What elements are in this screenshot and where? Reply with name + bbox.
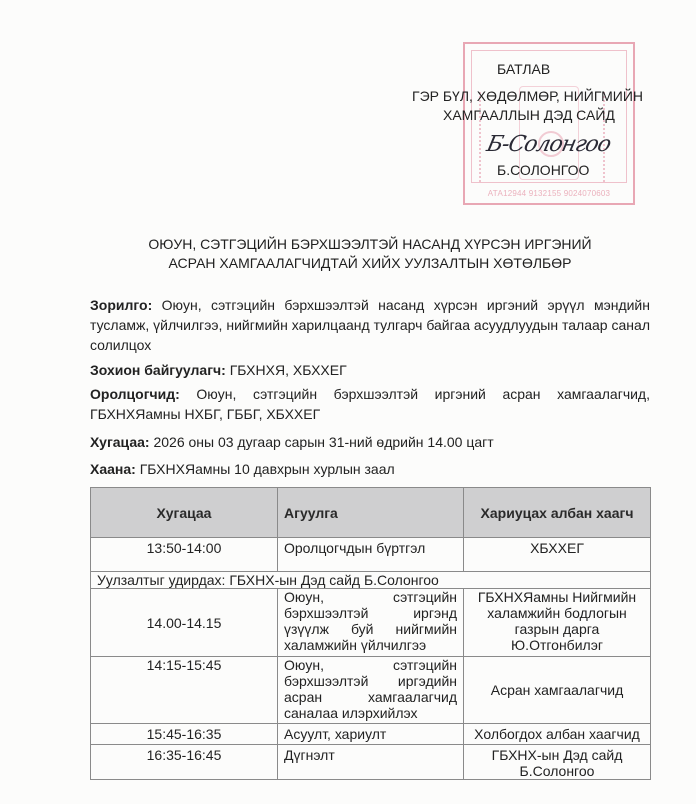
stamp-number: АТА12944 9132155 9024070603 [465,189,633,198]
header-content: Агуулга [278,488,464,538]
goal-value: Оюун, сэтгэцийн бэрхшээлтэй насанд хүрсэ… [90,297,650,353]
table-row-span: Уулзалтыг удирдах: ГБХНХ-ын Дэд сайд Б.С… [91,572,651,589]
table-header-row: Хугацаа Агуулга Хариуцах албан хаагч [91,488,651,538]
table-row: 14.00-14.15 Оюун, сэтгэцийн бэрхшээлтэй … [91,589,651,657]
row-content: Оюун, сэтгэцийн бэрхшээлтэй иргэдийн аср… [278,657,464,724]
header-responsible: Хариуцах албан хаагч [464,488,651,538]
table-row: 13:50-14:00 Оролцогчдын бүртгэл ХБХХЕГ [91,538,651,572]
time-label: Хугацаа: [90,434,150,450]
place-value: ГБХНХЯамны 10 давхрын хурлын заал [136,461,395,477]
document-title-line1: ОЮУН, СЭТГЭЦИЙН БЭРХШЭЭЛТЭЙ НАСАНД ХҮРСЭ… [90,235,650,254]
row-time: 16:35-16:45 [91,745,278,780]
row-content: Оролцогчдын бүртгэл [278,538,464,572]
approval-org-line1: ГЭР БҮЛ, ХӨДӨЛМӨР, НИЙГМИЙН [412,88,643,104]
row-time: 15:45-16:35 [91,724,278,745]
participants-field: Оролцогчид: Оюун, сэтгэцийн бэрхшээлтэй … [90,384,650,424]
row-content: Асуулт, хариулт [278,724,464,745]
signature: Б-Солонгоо [484,132,612,157]
row-time: 14.00-14.15 [91,589,278,657]
table-row: 16:35-16:45 Дүгнэлт ГБХНХ-ын Дэд сайд Б.… [91,745,651,780]
time-field: Хугацаа: 2026 оны 03 дугаар сарын 31-ний… [90,432,650,452]
organizer-value: ГБХНХЯ, ХБХХЕГ [226,362,347,378]
participants-label: Оролцогчид: [90,386,180,402]
goal-field: Зорилго: Оюун, сэтгэцийн бэрхшээлтэй нас… [90,295,650,355]
row-time: 13:50-14:00 [91,538,278,572]
document-title: ОЮУН, СЭТГЭЦИЙН БЭРХШЭЭЛТЭЙ НАСАНД ХҮРСЭ… [90,235,650,273]
schedule-table: Хугацаа Агуулга Хариуцах албан хаагч 13:… [90,487,651,780]
row-content: Дүгнэлт [278,745,464,780]
row-responsible: ГБХНХ-ын Дэд сайд Б.Солонгоо [464,745,651,780]
goal-label: Зорилго: [90,297,152,313]
document-title-line2: АСРАН ХАМГААЛАГЧИДТАЙ ХИЙХ УУЛЗАЛТЫН ХӨТ… [90,254,650,273]
approver-name: Б.СОЛОНГОО [497,162,589,178]
row-content: Оюун, сэтгэцийн бэрхшээлтэй иргэнд үзүүл… [278,589,464,657]
place-label: Хаана: [90,461,136,477]
row-responsible: ГБХНХЯамны Нийгмийн халамжийн бодлогын г… [464,589,651,657]
table-row: 14:15-15:45 Оюун, сэтгэцийн бэрхшээлтэй … [91,657,651,724]
row-responsible: ХБХХЕГ [464,538,651,572]
row-responsible: Асран хамгаалагчид [464,657,651,724]
row-responsible: Холбогдох албан хаагчид [464,724,651,745]
table-row: 15:45-16:35 Асуулт, хариулт Холбогдох ал… [91,724,651,745]
moderator-row: Уулзалтыг удирдах: ГБХНХ-ын Дэд сайд Б.С… [91,572,651,589]
approval-title: БАТЛАВ [497,61,550,77]
header-time: Хугацаа [91,488,278,538]
organizer-label: Зохион байгуулагч: [90,362,226,378]
approval-org-line2: ХАМГААЛЛЫН ДЭД САЙД [443,107,615,123]
organizer-field: Зохион байгуулагч: ГБХНХЯ, ХБХХЕГ [90,360,650,380]
row-time: 14:15-15:45 [91,657,278,724]
place-field: Хаана: ГБХНХЯамны 10 давхрын хурлын заал [90,459,650,479]
time-value: 2026 оны 03 дугаар сарын 31-ний өдрийн 1… [150,434,494,450]
